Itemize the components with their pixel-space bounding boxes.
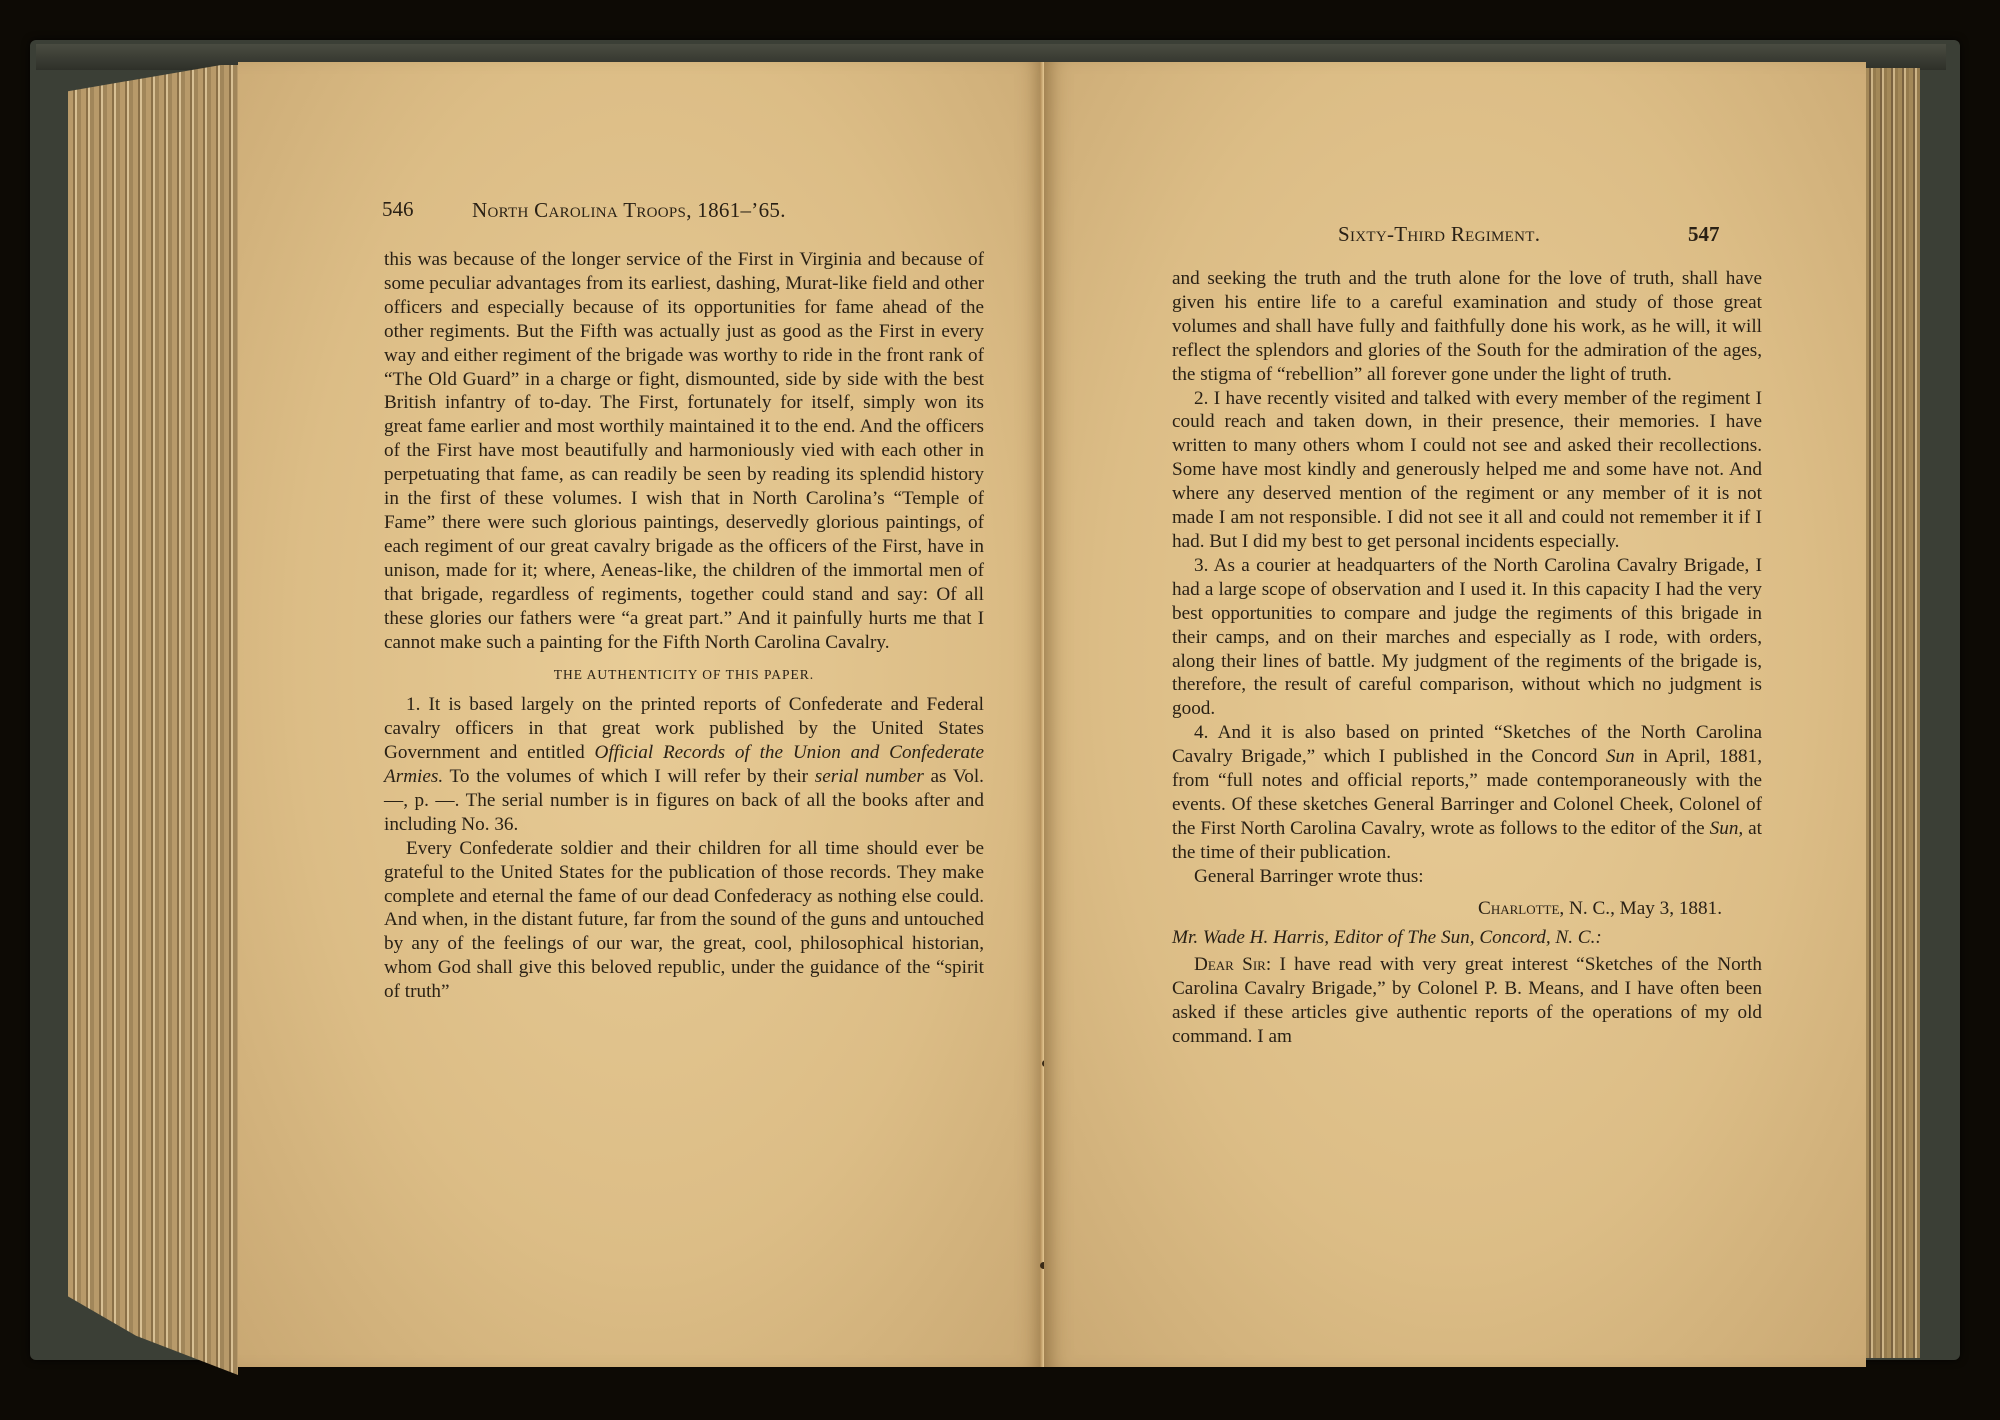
page-edges-right [1865,68,1920,1358]
page-number-left: 546 [382,197,414,222]
running-head-left: North Carolina Troops, 1861–’65. [472,198,786,223]
letter-addressee: Mr. Wade H. Harris, Editor of The Sun, C… [1172,926,1762,950]
right-page-body: and seeking the truth and the truth alon… [1172,267,1762,1049]
paragraph-continued: and seeking the truth and the truth alon… [1172,267,1762,387]
paragraph-1: 1. It is based largely on the printed re… [384,693,984,836]
running-head-right: Sixty-Third Regiment. [1338,222,1540,247]
paragraph-2: 2. I have recently visited and talked wi… [1172,387,1762,554]
paragraph: this was because of the longer service o… [384,248,984,654]
page-number-right: 547 [1688,222,1720,247]
italic-newspaper: Sun, [1710,818,1744,839]
left-page-body: this was because of the longer service o… [384,248,984,1004]
right-page: Sixty-Third Regiment. 547 and seeking th… [1044,62,1866,1367]
paragraph-2: Every Confederate soldier and their chil… [384,837,984,1004]
dateline-place: Charlotte, [1478,898,1564,919]
running-head-right-text: Sixty-Third Regiment. [1338,222,1540,246]
page-edges-left [68,65,238,1375]
scan-background: 546 North Carolina Troops, 1861–’65. thi… [0,0,2000,1420]
running-head-left-text: North Carolina Troops, 1861–’65. [472,198,786,222]
letter-body: Dear Sir: I have read with very great in… [1172,953,1762,1049]
paragraph-4: 4. And it is also based on printed “Sket… [1172,721,1762,864]
section-heading: The Authenticity of this Paper. [384,663,984,687]
paragraph-5: General Barringer wrote thus: [1172,865,1762,889]
left-page: 546 North Carolina Troops, 1861–’65. thi… [238,62,1044,1367]
paragraph-3: 3. As a courier at headquarters of the N… [1172,554,1762,721]
italic-newspaper: Sun [1606,746,1635,767]
text-run: To the volumes of which I will refer by … [443,766,815,787]
letter-dateline: Charlotte, N. C., May 3, 1881. [1172,897,1762,921]
letter-salutation: Dear Sir: [1194,954,1271,975]
italic-term: serial number [815,766,924,787]
dateline-date: N. C., May 3, 1881. [1564,898,1722,919]
